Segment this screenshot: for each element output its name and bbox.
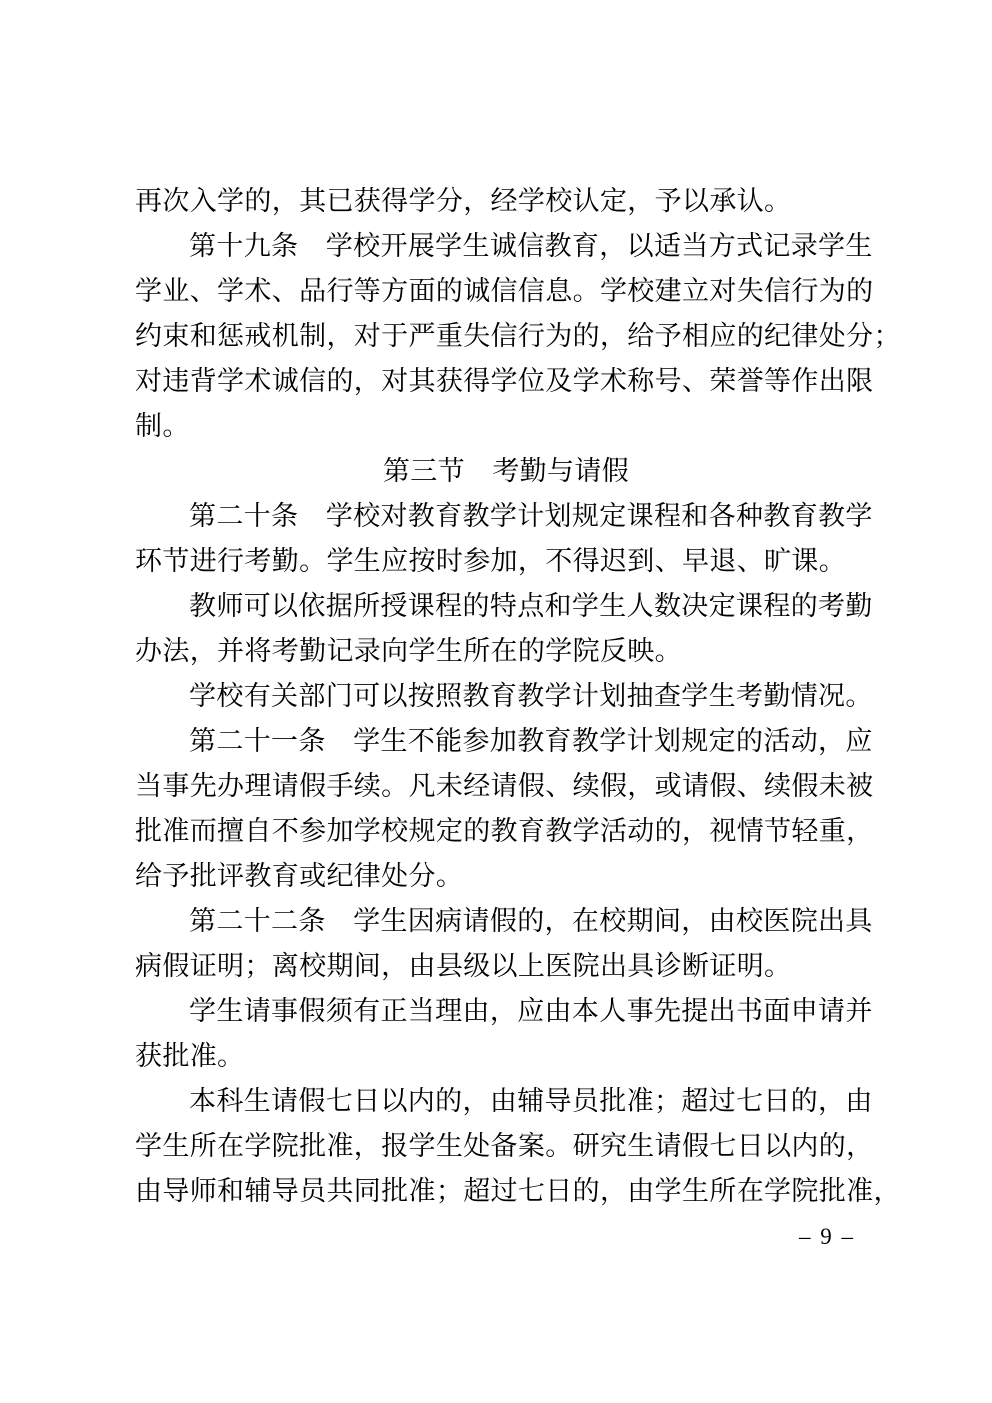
text-line: 批准而擅自不参加学校规定的教育教学活动的，视情节轻重， xyxy=(135,809,877,854)
text-line: 学生请事假须有正当理由，应由本人事先提出书面申请并 xyxy=(135,989,877,1034)
text-line: 环节进行考勤。学生应按时参加，不得迟到、早退、旷课。 xyxy=(135,539,877,584)
paragraph: 再次入学的，其已获得学分，经学校认定，予以承认。 xyxy=(135,179,877,224)
text-line: 教师可以依据所授课程的特点和学生人数决定课程的考勤 xyxy=(135,584,877,629)
paragraph: 本科生请假七日以内的，由辅导员批准；超过七日的，由学生所在学院批准，报学生处备案… xyxy=(135,1079,877,1214)
text-line: 给予批评教育或纪律处分。 xyxy=(135,854,877,899)
text-line: 制。 xyxy=(135,404,877,449)
text-line: 由导师和辅导员共同批准；超过七日的，由学生所在学院批准， xyxy=(135,1169,877,1214)
paragraph: 第二十二条 学生因病请假的，在校期间，由校医院出具病假证明；离校期间，由县级以上… xyxy=(135,899,877,989)
text-line: 办法，并将考勤记录向学生所在的学院反映。 xyxy=(135,629,877,674)
text-line: 本科生请假七日以内的，由辅导员批准；超过七日的，由 xyxy=(135,1079,877,1124)
text-line: 对违背学术诚信的，对其获得学位及学术称号、荣誉等作出限 xyxy=(135,359,877,404)
text-line: 再次入学的，其已获得学分，经学校认定，予以承认。 xyxy=(135,179,877,224)
text-line: 获批准。 xyxy=(135,1034,877,1079)
paragraph: 学校有关部门可以按照教育教学计划抽查学生考勤情况。 xyxy=(135,674,877,719)
page-number: – 9 – xyxy=(799,1222,855,1252)
text-line: 约束和惩戒机制，对于严重失信行为的，给予相应的纪律处分； xyxy=(135,314,877,359)
text-line: 学校有关部门可以按照教育教学计划抽查学生考勤情况。 xyxy=(135,674,877,719)
section-heading: 第三节 考勤与请假 xyxy=(135,449,877,494)
section-heading-text: 第三节 考勤与请假 xyxy=(135,449,877,494)
text-line: 病假证明；离校期间，由县级以上医院出具诊断证明。 xyxy=(135,944,877,989)
text-line: 第十九条 学校开展学生诚信教育，以适当方式记录学生 xyxy=(135,224,877,269)
paragraph: 第十九条 学校开展学生诚信教育，以适当方式记录学生学业、学术、品行等方面的诚信信… xyxy=(135,224,877,449)
text-line: 第二十二条 学生因病请假的，在校期间，由校医院出具 xyxy=(135,899,877,944)
paragraph: 教师可以依据所授课程的特点和学生人数决定课程的考勤办法，并将考勤记录向学生所在的… xyxy=(135,584,877,674)
document-content: 再次入学的，其已获得学分，经学校认定，予以承认。第十九条 学校开展学生诚信教育，… xyxy=(135,179,877,1214)
text-line: 第二十条 学校对教育教学计划规定课程和各种教育教学 xyxy=(135,494,877,539)
text-line: 学生所在学院批准，报学生处备案。研究生请假七日以内的， xyxy=(135,1124,877,1169)
paragraph: 第二十一条 学生不能参加教育教学计划规定的活动，应当事先办理请假手续。凡未经请假… xyxy=(135,719,877,899)
text-line: 当事先办理请假手续。凡未经请假、续假，或请假、续假未被 xyxy=(135,764,877,809)
paragraph: 学生请事假须有正当理由，应由本人事先提出书面申请并获批准。 xyxy=(135,989,877,1079)
text-line: 学业、学术、品行等方面的诚信信息。学校建立对失信行为的 xyxy=(135,269,877,314)
text-line: 第二十一条 学生不能参加教育教学计划规定的活动，应 xyxy=(135,719,877,764)
paragraph: 第二十条 学校对教育教学计划规定课程和各种教育教学环节进行考勤。学生应按时参加，… xyxy=(135,494,877,584)
document-page: 再次入学的，其已获得学分，经学校认定，予以承认。第十九条 学校开展学生诚信教育，… xyxy=(0,0,992,1403)
